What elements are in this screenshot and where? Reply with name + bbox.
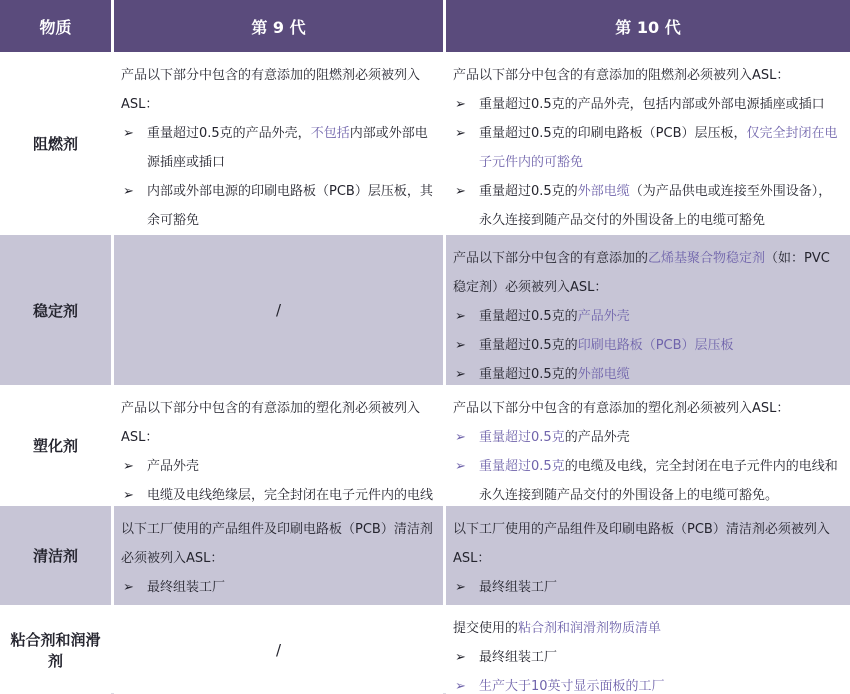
gen10-cell: 提交使用的粘合剂和润滑剂物质清单➢最终组装工厂➢生产大于10英寸显示面板的工厂 — [446, 605, 850, 694]
bullet-arrow-icon: ➢ — [123, 177, 134, 206]
intro-text: 以下工厂使用的产品组件及印刷电路板（PCB）清洁剂必须被列入ASL： — [121, 515, 435, 573]
plain-text: 电缆及电线绝缘层，完全封闭在电子元件内的电线可豁免 — [147, 488, 433, 506]
bullet-text: 产品外壳 — [147, 459, 199, 474]
bullet-item: ➢生产大于10英寸显示面板的工厂 — [453, 672, 842, 694]
bullet-item: ➢产品外壳 — [121, 452, 435, 481]
bullet-item: ➢重量超过0.5克的外部电缆（为产品供电或连接至外围设备），永久连接到随产品交付… — [453, 177, 842, 235]
gen9-cell: 以下工厂使用的产品组件及印刷电路板（PCB）清洁剂必须被列入ASL：➢最终组装工… — [114, 506, 443, 605]
intro-text: 产品以下部分中包含的有意添加的塑化剂必须被列入ASL： — [121, 394, 435, 452]
bullet-item: ➢重量超过0.5克的产品外壳，不包括内部或外部电源插座或插口 — [121, 119, 435, 177]
header-substance: 物质 — [0, 0, 111, 52]
bullet-item: ➢重量超过0.5克的产品外壳 — [453, 302, 842, 331]
bullet-text: 重量超过0.5克的外部电缆（为产品供电或连接至外围设备），永久连接到随产品交付的… — [479, 184, 831, 228]
bullet-item: ➢最终组装工厂 — [453, 643, 842, 672]
plain-text: 重量超过0.5克的印刷电路板（PCB）层压板， — [479, 126, 747, 141]
substance-label: 清洁剂 — [0, 506, 111, 605]
plain-text: 内部或外部电源的印刷电路板（PCB）层压板，其余可豁免 — [147, 184, 433, 228]
bullet-arrow-icon: ➢ — [455, 643, 466, 672]
bullet-arrow-icon: ➢ — [455, 452, 466, 481]
highlight-text: 外部电缆 — [578, 367, 630, 382]
bullet-text: 重量超过0.5克的印刷电路板（PCB）层压板 — [479, 338, 734, 353]
plain-text: 重量超过0.5克的 — [479, 184, 578, 199]
highlight-text: 产品外壳 — [578, 309, 630, 324]
intro-text: 以下工厂使用的产品组件及印刷电路板（PCB）清洁剂必须被列入ASL： — [453, 515, 842, 573]
highlight-text: 粘合剂和润滑剂物质清单 — [518, 621, 661, 636]
bullet-item: ➢生产大于10英寸显示面板的工厂 — [453, 602, 842, 605]
plain-text: 最终组装工厂 — [147, 580, 225, 595]
bullet-item: ➢重量超过0.5克的印刷电路板（PCB）层压板 — [453, 331, 842, 360]
comparison-table: 物质 第 9 代 第 10 代 阻燃剂产品以下部分中包含的有意添加的阻燃剂必须被… — [0, 0, 850, 694]
intro-text: 产品以下部分中包含的有意添加的阻燃剂必须被列入ASL： — [121, 61, 435, 119]
bullet-arrow-icon: ➢ — [455, 177, 466, 206]
gen10-cell: 以下工厂使用的产品组件及印刷电路板（PCB）清洁剂必须被列入ASL：➢最终组装工… — [446, 506, 850, 605]
bullet-text: 电缆及电线绝缘层，完全封闭在电子元件内的电线可豁免 — [147, 488, 433, 506]
bullet-item: ➢重量超过0.5克的印刷电路板（PCB）层压板，仅完全封闭在电子元件内的可豁免 — [453, 119, 842, 177]
plain-text: 重量超过0.5克的 — [479, 367, 578, 382]
bullet-arrow-icon: ➢ — [123, 119, 134, 148]
plain-text: 重量超过0.5克的产品外壳，包括内部或外部电源插座或插口 — [479, 97, 825, 112]
plain-text: 重量超过0.5克的产品外壳， — [147, 126, 311, 141]
bullet-arrow-icon: ➢ — [123, 573, 134, 602]
plain-text: 产品以下部分中包含的有意添加的阻燃剂必须被列入ASL： — [453, 68, 789, 83]
bullet-arrow-icon: ➢ — [455, 602, 466, 605]
bullet-item: ➢最终组装工厂 — [121, 573, 435, 602]
plain-text: 重量超过0.5克的 — [479, 338, 578, 353]
bullet-text: 重量超过0.5克的产品外壳，包括内部或外部电源插座或插口 — [479, 97, 825, 112]
bullet-item: ➢重量超过0.5克的产品外壳，包括内部或外部电源插座或插口 — [453, 90, 842, 119]
intro-text: 产品以下部分中包含的有意添加的乙烯基聚合物稳定剂（如：PVC稳定剂）必须被列入A… — [453, 244, 842, 302]
plain-text: 以下工厂使用的产品组件及印刷电路板（PCB）清洁剂必须被列入ASL： — [453, 522, 830, 566]
intro-text: 产品以下部分中包含的有意添加的阻燃剂必须被列入ASL： — [453, 61, 842, 90]
bullet-text: 重量超过0.5克的印刷电路板（PCB）层压板，仅完全封闭在电子元件内的可豁免 — [479, 126, 838, 170]
gen9-cell: 产品以下部分中包含的有意添加的阻燃剂必须被列入ASL：➢重量超过0.5克的产品外… — [114, 52, 443, 235]
bullet-arrow-icon: ➢ — [455, 573, 466, 602]
header-gen9: 第 9 代 — [114, 0, 443, 52]
gen9-cell-slash: / — [114, 235, 443, 385]
highlight-text: 乙烯基聚合物稳定剂 — [648, 251, 765, 266]
bullet-item: ➢重量超过0.5克的电缆及电线，完全封闭在电子元件内的电线和永久连接到随产品交付… — [453, 452, 842, 506]
bullet-arrow-icon: ➢ — [455, 90, 466, 119]
gen10-cell: 产品以下部分中包含的有意添加的阻燃剂必须被列入ASL：➢重量超过0.5克的产品外… — [446, 52, 850, 235]
bullet-arrow-icon: ➢ — [455, 302, 466, 331]
bullet-text: 最终组装工厂 — [479, 650, 557, 665]
bullet-text: 重量超过0.5克的电缆及电线，完全封闭在电子元件内的电线和永久连接到随产品交付的… — [479, 459, 838, 503]
bullet-text: 最终组装工厂 — [479, 580, 557, 595]
header-gen10: 第 10 代 — [446, 0, 850, 52]
bullet-text: 最终组装工厂 — [147, 580, 225, 595]
highlight-text: 重量超过0.5克 — [479, 459, 565, 474]
bullet-item: ➢重量超过0.5克的产品外壳 — [453, 423, 842, 452]
bullet-text: 重量超过0.5克的外部电缆 — [479, 367, 630, 382]
substance-label: 塑化剂 — [0, 385, 111, 506]
plain-text: 的产品外壳 — [565, 430, 630, 445]
plain-text: 产品外壳 — [147, 459, 199, 474]
plain-text: 产品以下部分中包含的有意添加的塑化剂必须被列入ASL： — [453, 401, 789, 416]
highlight-text: 不包括 — [311, 126, 350, 141]
bullet-text: 内部或外部电源的印刷电路板（PCB）层压板，其余可豁免 — [147, 184, 433, 228]
gen9-cell-slash: / — [114, 605, 443, 694]
bullet-arrow-icon: ➢ — [455, 360, 466, 385]
gen10-cell: 产品以下部分中包含的有意添加的乙烯基聚合物稳定剂（如：PVC稳定剂）必须被列入A… — [446, 235, 850, 385]
plain-text: 重量超过0.5克的 — [479, 309, 578, 324]
bullet-arrow-icon: ➢ — [123, 481, 134, 506]
bullet-arrow-icon: ➢ — [455, 423, 466, 452]
bullet-arrow-icon: ➢ — [455, 119, 466, 148]
highlight-text: 生产大于10英寸显示面板的工厂 — [479, 679, 665, 694]
highlight-text: 重量超过0.5克 — [479, 430, 565, 445]
plain-text: 最终组装工厂 — [479, 650, 557, 665]
intro-text: 提交使用的粘合剂和润滑剂物质清单 — [453, 614, 842, 643]
bullet-text: 生产大于10英寸显示面板的工厂 — [479, 679, 665, 694]
plain-text: 产品以下部分中包含的有意添加的 — [453, 251, 648, 266]
bullet-arrow-icon: ➢ — [455, 331, 466, 360]
bullet-text: 重量超过0.5克的产品外壳 — [479, 430, 630, 445]
bullet-arrow-icon: ➢ — [455, 672, 466, 694]
intro-text: 产品以下部分中包含的有意添加的塑化剂必须被列入ASL： — [453, 394, 842, 423]
bullet-item: ➢内部或外部电源的印刷电路板（PCB）层压板，其余可豁免 — [121, 177, 435, 235]
plain-text: 产品以下部分中包含的有意添加的阻燃剂必须被列入ASL： — [121, 68, 420, 112]
highlight-text: 印刷电路板（PCB）层压板 — [578, 338, 734, 353]
gen9-cell: 产品以下部分中包含的有意添加的塑化剂必须被列入ASL：➢产品外壳➢电缆及电线绝缘… — [114, 385, 443, 506]
plain-text: 最终组装工厂 — [479, 580, 557, 595]
substance-label: 粘合剂和润滑剂 — [0, 605, 111, 694]
substance-label: 稳定剂 — [0, 235, 111, 385]
bullet-arrow-icon: ➢ — [123, 452, 134, 481]
bullet-item: ➢重量超过0.5克的外部电缆 — [453, 360, 842, 385]
bullet-item: ➢最终组装工厂 — [453, 573, 842, 602]
gen10-cell: 产品以下部分中包含的有意添加的塑化剂必须被列入ASL：➢重量超过0.5克的产品外… — [446, 385, 850, 506]
plain-text: 提交使用的 — [453, 621, 518, 636]
bullet-text: 重量超过0.5克的产品外壳，不包括内部或外部电源插座或插口 — [147, 126, 428, 170]
substance-label: 阻燃剂 — [0, 52, 111, 235]
plain-text: 以下工厂使用的产品组件及印刷电路板（PCB）清洁剂必须被列入ASL： — [121, 522, 433, 566]
bullet-item: ➢电缆及电线绝缘层，完全封闭在电子元件内的电线可豁免 — [121, 481, 435, 506]
highlight-text: 外部电缆 — [578, 184, 630, 199]
plain-text: 产品以下部分中包含的有意添加的塑化剂必须被列入ASL： — [121, 401, 420, 445]
bullet-text: 重量超过0.5克的产品外壳 — [479, 309, 630, 324]
